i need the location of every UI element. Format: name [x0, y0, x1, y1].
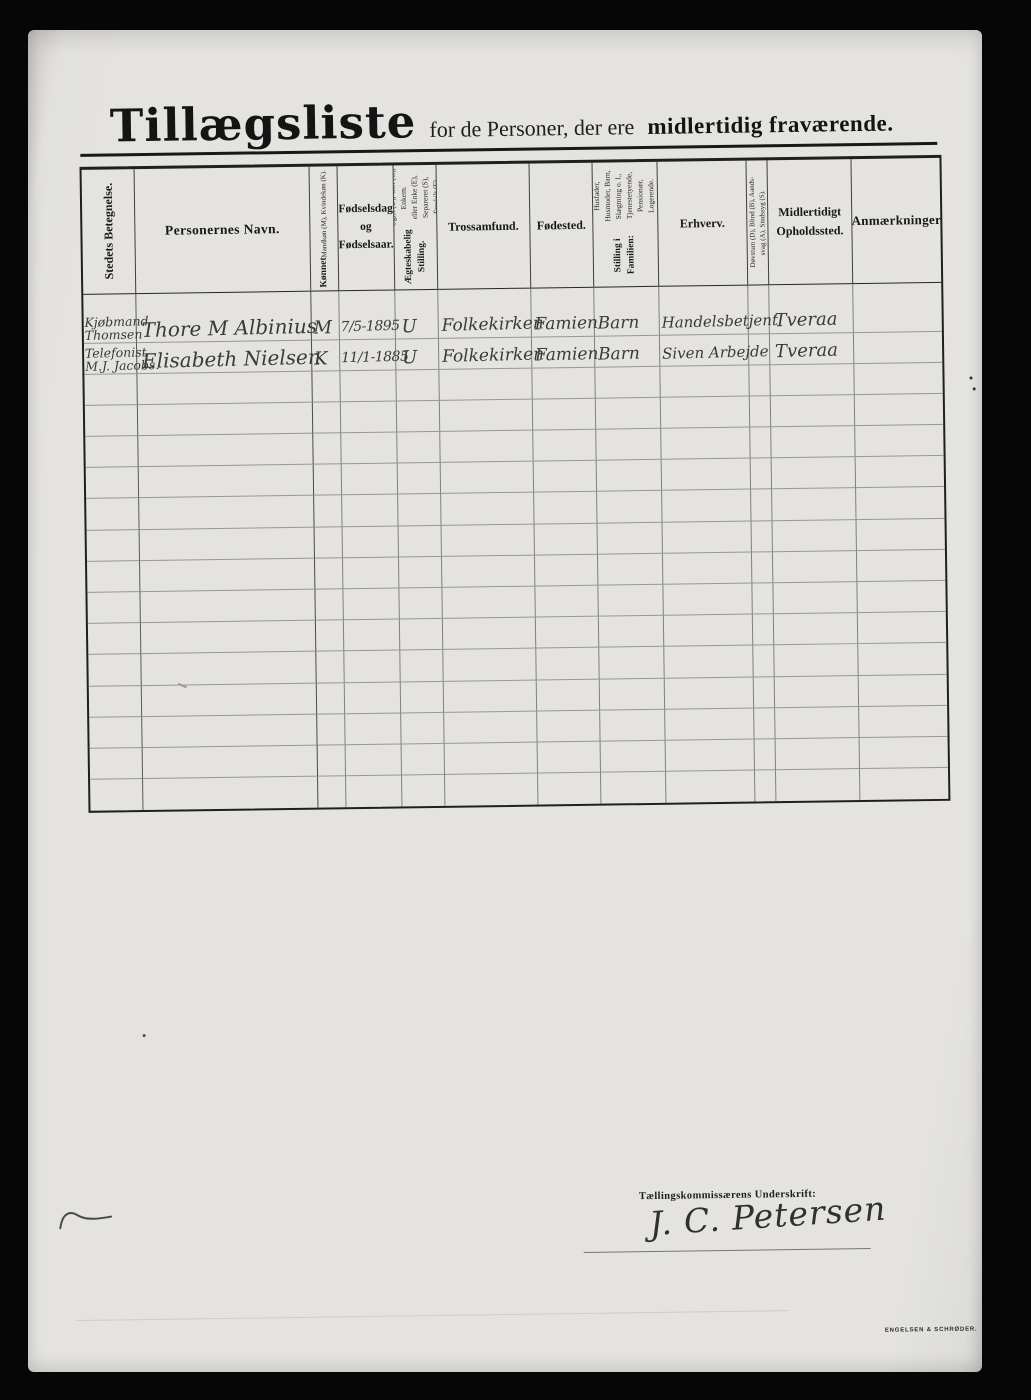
table-cell — [345, 682, 401, 714]
printer-mark: ENGELSEN & SCHRØDER. — [885, 1326, 978, 1333]
table-body: Kjøbmand ThomsenThore M AlbiniusM7/5-189… — [83, 283, 948, 811]
vertical-header-text: Døvstum (D), Blind (B), Aands- svag (A),… — [746, 163, 768, 281]
column-header-fodested: Fødested. — [529, 163, 594, 289]
table-cell — [855, 425, 943, 457]
table-cell — [598, 554, 663, 586]
table-cell — [313, 402, 341, 434]
table-cell — [138, 434, 313, 468]
handwritten-entry: Thore M Albinius — [141, 315, 317, 340]
edge-speck — [973, 387, 976, 390]
handwritten-entry: U — [401, 318, 417, 337]
table-cell: U — [395, 290, 439, 339]
signature-line — [584, 1248, 871, 1253]
handwritten-entry: K — [314, 350, 328, 369]
table-cell — [318, 745, 346, 777]
table-cell — [139, 465, 314, 499]
table-cell — [346, 776, 402, 808]
table-cell — [402, 775, 445, 807]
table-cell: Folkekirken — [439, 337, 532, 369]
table-cell — [774, 613, 858, 645]
table-cell — [749, 334, 770, 365]
table-cell — [601, 741, 666, 773]
table-cell — [142, 683, 317, 717]
table-cell — [341, 401, 397, 433]
table-cell — [596, 429, 661, 461]
table-cell: Siven Arbejde — [660, 334, 749, 366]
table-cell — [853, 283, 942, 333]
handwritten-entry: Folkekirken — [441, 315, 543, 335]
table-cell — [599, 647, 664, 679]
handwritten-entry: Tveraa — [775, 341, 838, 361]
table-cell — [664, 646, 753, 678]
table-cell: M — [311, 291, 340, 340]
table-cell — [858, 643, 946, 675]
table-cell — [398, 494, 441, 526]
table-cell — [772, 457, 856, 489]
table-cell — [444, 680, 537, 712]
table-cell: K — [312, 340, 340, 372]
table-cell — [859, 706, 947, 738]
table-cell — [661, 396, 750, 428]
table-cell — [535, 523, 598, 555]
handwritten-entry: 7/5-1895 — [341, 319, 400, 335]
table-cell — [315, 558, 343, 590]
header-label: Kønnet — [318, 257, 332, 287]
table-cell — [87, 561, 140, 593]
table-cell — [398, 463, 441, 495]
table-cell — [597, 491, 662, 523]
table-cell — [854, 331, 942, 363]
table-cell — [534, 461, 597, 493]
column-header-stedets-betegnelse: Stedets Betegnelse. — [82, 169, 137, 295]
handwritten-entry: Barn — [598, 345, 640, 364]
table-cell — [318, 776, 346, 808]
table-cell — [443, 618, 536, 650]
table-cell — [666, 771, 755, 803]
table-cell — [314, 496, 342, 528]
table-cell — [755, 770, 776, 801]
table-cell — [537, 679, 600, 711]
table-cell — [139, 496, 314, 530]
table-cell: Barn — [595, 335, 660, 367]
table-cell — [88, 623, 141, 655]
table-cell — [748, 285, 770, 334]
table-cell: Folkekirken — [438, 289, 532, 339]
table-cell — [90, 748, 143, 780]
table-cell — [533, 399, 596, 431]
table-cell — [535, 586, 598, 618]
column-header-dovstum: Døvstum (D), Blind (B), Aands- svag (A),… — [746, 160, 769, 285]
header-label: Trossamfund. — [446, 216, 521, 236]
table-cell — [753, 646, 774, 677]
table-cell — [441, 462, 534, 494]
table-cell — [397, 432, 440, 464]
table-cell: Thore M Albinius — [136, 292, 312, 343]
table-cell: Telefonist M.J. Jacobs. — [84, 343, 137, 375]
table-cell — [142, 714, 317, 748]
scanned-content: Tillægsliste for de Personer, der ere mi… — [19, 23, 992, 1378]
table-cell — [860, 737, 948, 769]
table-cell — [752, 583, 773, 614]
handwritten-entry: M — [313, 319, 332, 338]
header-sublabel: Mandkøn (M), Kvindekøn (K). — [318, 170, 329, 257]
column-header-personernes-navn: Personernes Navn. — [135, 167, 312, 294]
table-cell — [89, 717, 142, 749]
table-cell — [598, 522, 663, 554]
table-cell: 7/5-1895 — [339, 290, 396, 339]
column-header-konnet: Kønnet Mandkøn (M), Kvindekøn (K). — [310, 166, 340, 291]
table-cell — [443, 649, 536, 681]
table-cell — [663, 521, 752, 553]
table-cell — [140, 590, 315, 624]
table-cell — [666, 739, 755, 771]
header-label: Personernes Navn. — [163, 219, 282, 242]
table-cell — [601, 772, 666, 804]
table-cell — [396, 370, 439, 402]
table-cell — [141, 621, 316, 655]
table-cell: Barn — [594, 287, 660, 336]
table-cell — [775, 707, 859, 739]
table-cell — [595, 366, 660, 398]
handwritten-entry: Tveraa — [774, 310, 837, 330]
table-cell — [317, 714, 345, 746]
table-cell — [596, 398, 661, 430]
table-cell — [140, 527, 315, 561]
table-cell — [87, 592, 140, 624]
title-emphasis: midlertidig fraværende. — [647, 111, 893, 140]
table-cell — [85, 436, 138, 468]
header-label: Erhverv. — [678, 214, 727, 233]
table-cell — [665, 708, 754, 740]
table-cell — [755, 739, 776, 770]
table-cell — [776, 769, 860, 801]
ink-dot — [143, 1034, 146, 1037]
table-cell — [86, 499, 139, 531]
table-cell — [445, 742, 538, 774]
handwritten-entry: Famien — [534, 315, 598, 334]
table-cell — [346, 744, 402, 776]
table-cell — [857, 518, 945, 550]
table-cell — [536, 648, 599, 680]
table-cell — [340, 370, 396, 402]
table-header-row: Stedets Betegnelse. Personernes Navn. Kø… — [82, 158, 942, 295]
table-cell: Handelsbetjent — [659, 286, 749, 336]
table-cell — [316, 652, 344, 684]
table-cell — [143, 777, 318, 811]
table-cell — [771, 426, 855, 458]
table-cell — [141, 652, 316, 686]
table-cell: 11/1-1885 — [340, 339, 396, 371]
table-cell — [537, 710, 600, 742]
table-cell — [751, 490, 772, 521]
table-cell — [312, 371, 340, 403]
table-cell — [772, 489, 856, 521]
fold-line — [77, 1310, 789, 1321]
table-cell: Famien — [532, 336, 595, 368]
table-cell — [86, 467, 139, 499]
table-cell — [600, 678, 665, 710]
table-cell — [401, 713, 444, 745]
table-cell — [773, 582, 857, 614]
table-cell — [773, 551, 857, 583]
table-cell — [399, 588, 442, 620]
table-cell: Tveraa — [769, 284, 854, 334]
table-cell: Tveraa — [770, 333, 854, 365]
table-cell — [775, 676, 859, 708]
table-cell — [533, 430, 596, 462]
table-cell — [773, 520, 857, 552]
column-header-anmaerkninger: Anmærkninger — [851, 158, 941, 284]
vertical-header-text: Ægteskabelig Stilling. Ugift (U), Gift (… — [394, 168, 439, 287]
table-cell — [442, 587, 535, 619]
table-cell — [532, 367, 595, 399]
table-cell — [860, 768, 948, 800]
table-cell — [344, 620, 400, 652]
column-header-midlertidigt-opholdssted: Midlertidigt Opholdssted. — [767, 159, 853, 285]
table-cell — [345, 713, 401, 745]
handwritten-entry: Barn — [597, 314, 639, 333]
table-cell — [315, 527, 343, 559]
table-cell: Kjøbmand Thomsen — [83, 294, 137, 343]
table-cell — [749, 365, 770, 396]
scan-background: { "document": { "title": { "main": "Till… — [0, 0, 1031, 1400]
table-cell — [315, 589, 343, 621]
table-cell — [439, 368, 532, 400]
handwritten-entry: Famien — [535, 346, 599, 365]
table-cell — [85, 405, 138, 437]
table-cell — [442, 524, 535, 556]
table-cell: Famien — [531, 288, 595, 337]
table-cell — [600, 710, 665, 742]
census-table: Stedets Betegnelse. Personernes Navn. Kø… — [80, 155, 951, 813]
table-cell — [397, 401, 440, 433]
table-cell — [750, 396, 771, 427]
header-label: Ægteskabelig Stilling. — [402, 226, 429, 286]
table-cell — [538, 773, 601, 805]
header-label: Stedets Betegnelse. — [99, 183, 117, 280]
table-cell — [90, 779, 143, 811]
table-cell — [444, 711, 537, 743]
table-cell — [774, 644, 858, 676]
column-header-fodselsdag: Fødselsdag og Fødselsaar. — [338, 166, 396, 292]
table-cell — [770, 364, 854, 396]
table-cell — [316, 620, 344, 652]
table-cell — [442, 555, 535, 587]
edge-speck — [970, 376, 973, 379]
table-cell — [84, 374, 137, 406]
table-cell — [597, 460, 662, 492]
table-cell — [445, 774, 538, 806]
table-cell — [313, 433, 341, 465]
handwritten-entry: Elisabeth Nielsen — [142, 346, 321, 371]
header-sublabel: Ugift (U), Gift (G), Enkem. eller Enke (… — [394, 168, 439, 227]
table-cell — [343, 526, 399, 558]
vertical-header-text: Kønnet Mandkøn (M), Kvindekøn (K). — [316, 169, 331, 287]
header-label: Stilling i Familien: — [612, 227, 639, 284]
table-cell — [344, 651, 400, 683]
table-cell — [87, 530, 140, 562]
table-cell — [663, 584, 752, 616]
table-cell — [401, 681, 444, 713]
table-cell — [317, 683, 345, 715]
table-cell — [662, 490, 751, 522]
table-cell — [856, 456, 944, 488]
table-cell — [664, 615, 753, 647]
table-cell — [400, 619, 443, 651]
table-cell — [402, 744, 445, 776]
table-cell — [342, 495, 398, 527]
table-cell — [536, 617, 599, 649]
table-cell — [663, 552, 752, 584]
table-cell — [535, 555, 598, 587]
table-cell — [342, 464, 398, 496]
table-cell — [341, 433, 397, 465]
table-cell — [343, 557, 399, 589]
table-cell — [538, 742, 601, 774]
table-cell — [137, 371, 312, 405]
table-cell — [752, 521, 773, 552]
table-cell — [750, 427, 771, 458]
column-header-stilling-i-familien: Stilling i Familien: Husfader, Husmoder,… — [592, 162, 659, 288]
column-header-trossamfund: Trossamfund. — [437, 164, 532, 290]
table-cell — [89, 686, 142, 718]
table-cell — [400, 650, 443, 682]
table-cell — [858, 612, 946, 644]
header-sublabel: Husfader, Husmoder, Barn, Slægtning o. l… — [592, 165, 658, 227]
table-cell — [343, 588, 399, 620]
table-cell — [662, 459, 751, 491]
table-cell — [854, 363, 942, 395]
table-cell — [856, 487, 944, 519]
table-cell — [752, 552, 773, 583]
table-cell — [599, 616, 664, 648]
paper-sheet: Tillægsliste for de Personer, der ere mi… — [28, 30, 982, 1372]
table-cell — [771, 395, 855, 427]
table-cell — [598, 585, 663, 617]
table-cell — [143, 746, 318, 780]
handwritten-entry: U — [402, 349, 418, 368]
page-title: Tillægsliste for de Personer, der ere mi… — [110, 89, 894, 153]
column-header-aegteskabelig-stilling: Ægteskabelig Stilling. Ugift (U), Gift (… — [394, 165, 439, 291]
header-label: Fødested. — [535, 216, 588, 235]
table-cell — [440, 431, 533, 463]
vertical-header-text: Stilling i Familien: Husfader, Husmoder,… — [592, 165, 658, 284]
header-label: Midlertidigt Opholdssted. — [774, 203, 846, 241]
table-cell — [660, 365, 749, 397]
table-cell — [754, 677, 775, 708]
table-cell: U — [396, 338, 439, 370]
table-cell — [857, 581, 945, 613]
header-label: Anmærkninger — [851, 210, 941, 231]
table-cell — [661, 428, 750, 460]
table-cell — [440, 399, 533, 431]
table-cell — [88, 654, 141, 686]
column-header-erhverv: Erhverv. — [657, 161, 748, 287]
table-cell — [751, 459, 772, 490]
table-cell — [859, 674, 947, 706]
table-cell — [665, 677, 754, 709]
table-cell — [776, 738, 860, 770]
header-sublabel: Døvstum (D), Blind (B), Aands- svag (A),… — [747, 177, 769, 268]
title-main: Tillægsliste — [110, 95, 417, 152]
table-cell — [534, 492, 597, 524]
header-label: Fødselsdag og Fødselsaar. — [338, 201, 396, 255]
table-cell — [140, 558, 315, 592]
table-cell — [441, 493, 534, 525]
table-cell — [857, 550, 945, 582]
title-subtitle: for de Personer, der ere — [429, 114, 634, 143]
table-cell — [855, 394, 943, 426]
table-cell: Elisabeth Nielsen — [137, 340, 312, 374]
table-cell — [138, 403, 313, 437]
table-cell — [314, 465, 342, 497]
table-cell — [754, 708, 775, 739]
vertical-header-text: Stedets Betegnelse. — [99, 172, 117, 290]
table-cell — [399, 557, 442, 589]
table-cell — [399, 525, 442, 557]
ink-mark — [57, 1205, 127, 1234]
table-cell — [753, 614, 774, 645]
handwritten-entry: Folkekirken — [442, 346, 544, 366]
